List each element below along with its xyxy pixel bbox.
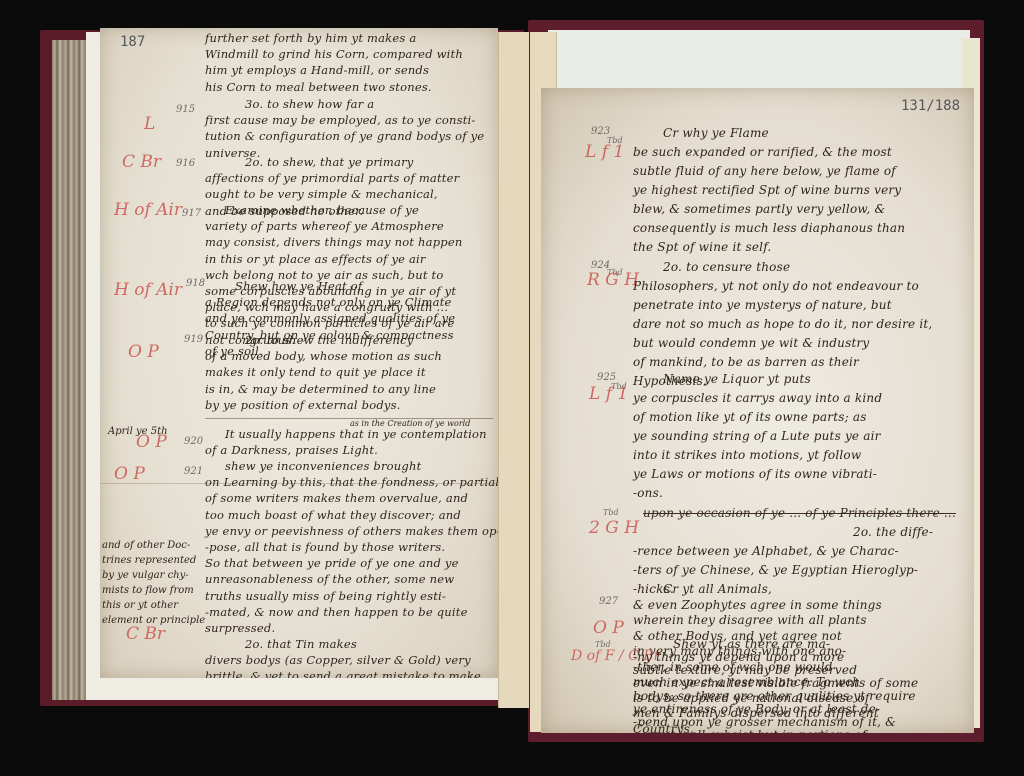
red-annotation: L f 1: [585, 142, 624, 162]
red-annotation: C Br: [122, 152, 161, 172]
entry-text: Name ye Liquor yt puts ye corpuscles it …: [633, 370, 882, 503]
red-annotation: O P: [136, 432, 167, 452]
entry-text: 2o. to shew the indifferency of a moved …: [205, 332, 442, 413]
red-annotation: L: [144, 114, 155, 134]
entry-tag: Tbd: [603, 508, 619, 517]
red-annotation: O P: [128, 342, 159, 362]
red-annotation: H of Air: [114, 280, 182, 300]
red-annotation: O P: [114, 464, 145, 484]
entry-text: further set forth by him yt makes a Wind…: [205, 30, 463, 95]
folio-number: 131/188: [901, 98, 960, 114]
entry-text: Shew yt as there are ma- -ny things yt d…: [633, 638, 918, 733]
entry-number: 920: [184, 436, 203, 447]
red-annotation: R G H: [587, 270, 639, 290]
red-annotation: H of Air: [114, 200, 182, 220]
red-annotation: O P: [593, 618, 624, 638]
gutter-guard-left: [498, 32, 529, 708]
entry-text: shew ye inconveniences brought on Learni…: [205, 458, 498, 636]
entry-text: 3o. to shew how far a first cause may be…: [205, 96, 484, 161]
folio-number: 187: [120, 34, 145, 50]
entry-number: 915: [176, 104, 195, 115]
entry-number: 921: [184, 466, 203, 477]
red-annotation: L f 1: [589, 384, 628, 404]
entry-text: Cr why ye Flame be such expanded or rari…: [633, 124, 905, 257]
red-annotation: 2 G H: [589, 518, 639, 538]
manuscript-sheet-left: 187 further set forth by him yt makes a …: [100, 28, 498, 678]
entry-number: 917: [182, 208, 201, 219]
red-annotation: C Br: [126, 624, 165, 644]
entry-number: 919: [184, 334, 203, 345]
entry-text: 2o. that Tin makes divers bodys (as Copp…: [205, 636, 498, 678]
entry-text: It usually happens that in ye contemplat…: [205, 426, 487, 458]
entry-number: 918: [186, 278, 205, 289]
entry-number: 927: [599, 596, 618, 607]
manuscript-sheet-right: 131/188 923 Tbd L f 1 Cr why ye Flame be…: [541, 88, 974, 733]
entry-number: 916: [176, 158, 195, 169]
margin-note: and of other Doc- trines represented by …: [102, 538, 205, 628]
